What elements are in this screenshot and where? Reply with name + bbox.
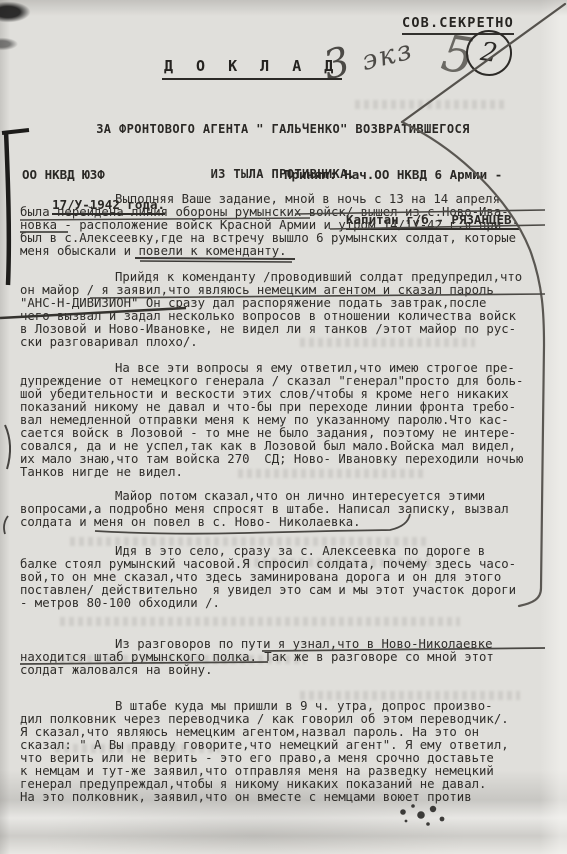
document-title: Д О К Л А Д xyxy=(162,57,342,80)
paragraph: Майор потом сказал,что он лично интересу… xyxy=(20,490,550,529)
received-by-line-1: Принял: Нач.ОО НКВД 6 Армии - xyxy=(284,167,519,182)
paragraph: В штабе куда мы пришли в 9 ч. утра, допр… xyxy=(20,700,550,804)
ink-corner-bracket-horizontal xyxy=(2,130,29,133)
text-line: - метров 80-100 обходили /. xyxy=(20,597,550,610)
text-line: Танков нигде не видел. xyxy=(20,466,550,479)
text-line: солдат жаловался на войну. xyxy=(20,664,550,677)
text-line: меня обыскали и повели к коменданту. xyxy=(20,245,550,258)
ink-blots xyxy=(400,804,444,826)
origin-unit: ОО НКВД ЮЗФ xyxy=(22,167,165,182)
report-body: Выполняя Ваше задание, мной в ночь с 13 … xyxy=(20,193,550,804)
subtitle-line-1: ЗА ФРОНТОВОГО АГЕНТА " ГАЛЬЧЕНКО" ВОЗВРА… xyxy=(48,122,518,137)
margin-tick xyxy=(5,425,10,469)
text-line: ски разговаривал плохо/. xyxy=(20,336,550,349)
margin-tick xyxy=(4,516,8,534)
ink-corner-bracket-vertical xyxy=(6,131,9,285)
paragraph: На все эти вопросы я ему ответил,что име… xyxy=(20,362,550,479)
copies-word: экз xyxy=(359,34,417,77)
scanned-report-page: СОВ.СЕКРЕТНО 3 экз 5 2 Д О К Л А Д ЗА ФР… xyxy=(0,0,567,854)
text-line: На это полковник, заявил,что он вместе с… xyxy=(20,791,550,804)
paragraph: Выполняя Ваше задание, мной в ночь с 13 … xyxy=(20,193,550,258)
paragraph: Идя в это село, сразу за с. Алексеевка п… xyxy=(20,545,550,610)
paragraph: Из разговоров по пути я узнал,что в Ново… xyxy=(20,638,550,677)
text-line: солдата и меня он повел в с. Ново- Никол… xyxy=(20,516,550,529)
paragraph: Прийдя к коменданту /проводивший солдат … xyxy=(20,271,550,349)
